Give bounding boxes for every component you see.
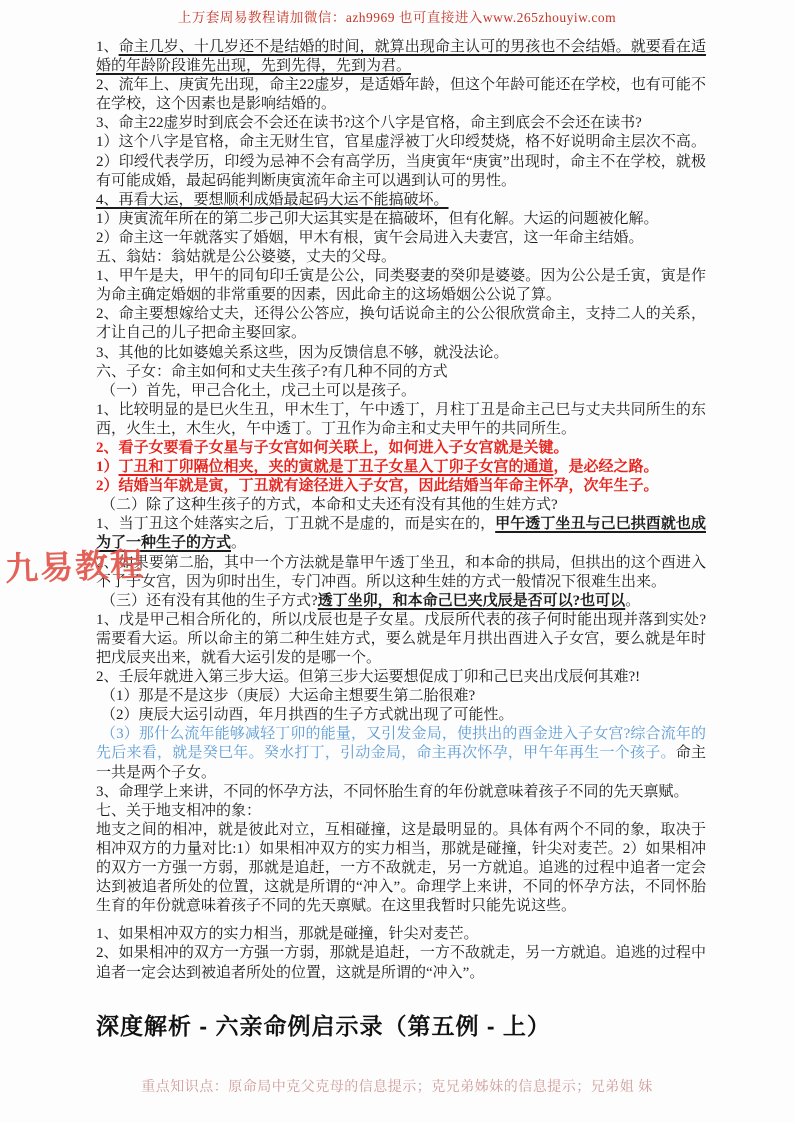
text-segment: ，是必经之路。	[554, 459, 659, 475]
paragraph: （2）庚辰大运引动酉，年月拱酉的生子方式就出现了可能性。	[96, 706, 706, 725]
paragraph: 4、再看大运，要想顺利成婚最起码大运不能搞破坏。	[96, 191, 706, 210]
paragraph: 1、当丁丑这个娃落实之后，丁丑就不是虚的，而是实在的，甲午透丁坐丑与己巳拱酉就也…	[96, 515, 706, 553]
paragraph: 1）丁丑和丁卯隔位相夹，夹的寅就是丁丑子女星入丁卯子女宫的通道，是必经之路。	[96, 458, 706, 477]
text-segment: 1、戊是甲己相合所化的，所以戊辰也是子女星。戊辰所代表的孩子何时能出现并落到实处…	[96, 612, 706, 666]
page-header-contact-line: 上万套周易教程请加微信：azh9969 也可直接进入www.265zhouyiw…	[0, 6, 794, 26]
paragraph: 地支之间的相冲，就是彼此对立，互相碰撞，这是最明显的。具体有两个不同的象，取决于…	[96, 821, 706, 916]
text-segment: （2）庚辰大运引动酉，年月拱酉的生子方式就出现了可能性。	[101, 707, 514, 723]
paragraph: 1、命主几岁、十几岁还不是结婚的时间，就算出现命主认可的男孩也不会结婚。就要看在…	[96, 38, 706, 76]
paragraph: 1、甲午是夫，甲午的同旬印壬寅是公公，同类娶妻的癸卯是婆婆。因为公公是壬寅，寅是…	[96, 267, 706, 305]
text-segment: 2、命主要想嫁给丈夫，还得公公答应，换句话说命主的公公很欣赏命主，支持二人的关系…	[96, 306, 706, 341]
text-segment: 1、当丁丑这个娃落实之后，丁丑就不是虚的，而是实在的，	[96, 516, 495, 532]
text-segment: （一）首先，甲己合化土，戊己土可以是孩子。	[101, 383, 416, 399]
text-segment: 2、看子女要看子女星与子女宫如何关联上，如何进入子女宫就是关键。	[96, 440, 569, 456]
paragraph: 3、其他的比如婆媳关系这些，因为反馈信息不够，就没法论。	[96, 344, 706, 363]
text-segment: 3、命理学上来讲，不同的怀孕方法，不同怀胎生育的年份就意味着孩子不同的先天禀赋。	[96, 784, 689, 800]
paragraph: 2、如果要第二胎，其中一个方法就是靠甲午透丁坐丑，和本命的拱局，但拱出的这个酉进…	[96, 554, 706, 592]
text-segment: 1、比较明显的是巳火生丑，甲木生丁，午中透丁，月柱丁丑是命主己巳与丈夫共同所生的…	[96, 402, 706, 437]
paragraph: 2、命主要想嫁给丈夫，还得公公答应，换句话说命主的公公很欣赏命主，支持二人的关系…	[96, 305, 706, 343]
text-segment: 。	[231, 535, 246, 551]
text-segment: 命主几岁、十几岁还不是结婚的时间，就算出现命主认可的男孩也不会结婚。就要看在适婚…	[96, 39, 706, 74]
text-segment: （3）那什么流年能够减轻丁卯的能量，又引发金局，使拱出的酉金进入子女宫?综合流年…	[96, 726, 706, 761]
paragraph: 1、如果相冲双方的实力相当，那就是碰撞，针尖对麦芒。	[96, 925, 706, 944]
text-segment: 2、如果要第二胎，其中一个方法就是靠甲午透丁坐丑，和本命的拱局，但拱出的这个酉进…	[96, 555, 706, 590]
text-segment: 。	[625, 593, 640, 609]
text-segment: 丁丑和丁卯隔位相夹，夹的寅就是丁丑子女星入丁卯子女宫的通道	[119, 459, 554, 475]
text-segment: 1、如果相冲双方的实力相当，那就是碰撞，针尖对麦芒。	[96, 926, 479, 942]
text-segment: 2）命主这一年就落实了婚姻，甲木有根，寅午会局进入夫妻宫，这一年命主结婚。	[96, 230, 644, 246]
text-segment: （三）还有没有其他的生子方式?	[101, 593, 318, 609]
paragraph: 五、翁姑：翁姑就是公公婆婆，丈夫的父母。	[96, 248, 706, 267]
text-segment: 2、壬辰年就进入第三步大运。但第三步大运要想促成丁卯和己巳夹出戊辰何其难?!	[96, 669, 640, 685]
paragraph: 1）庚寅流年所在的第二步己卯大运其实是在搞破坏，但有化解。大运的问题被化解。	[96, 210, 706, 229]
watermark-text: 九易教程	[4, 539, 146, 591]
text-segment: 1）庚寅流年所在的第二步己卯大运其实是在搞破坏，但有化解。大运的问题被化解。	[96, 211, 659, 227]
text-segment: 七、关于地支相冲的象：	[96, 803, 261, 819]
paragraph: （3）那什么流年能够减轻丁卯的能量，又引发金局，使拱出的酉金进入子女宫?综合流年…	[96, 725, 706, 782]
text-segment: 2、如果相冲的双方一方强一方弱，那就是追赶，一方不敌就走，另一方就追。追逃的过程…	[96, 945, 706, 980]
paragraph: 七、关于地支相冲的象：	[96, 802, 706, 821]
paragraph: （一）首先，甲己合化土，戊己土可以是孩子。	[96, 382, 706, 401]
paragraph: （三）还有没有其他的生子方式?透丁坐卯，和本命己巳夹戊辰是否可以?也可以。	[96, 592, 706, 611]
paragraph: 2、流年上、庚寅先出现，命主22虚岁，是适婚年龄，但这个年龄可能还在学校，也有可…	[96, 76, 706, 114]
text-segment: 4、再看大运，要想顺利成婚最起码大运不能搞破坏。	[96, 192, 449, 208]
paragraph: 3、命理学上来讲，不同的怀孕方法，不同怀胎生育的年份就意味着孩子不同的先天禀赋。	[96, 783, 706, 802]
text-segment: 1）	[96, 459, 119, 475]
text-segment: 透丁坐卯，和本命己巳夹戊辰是否可以?也可以	[318, 593, 626, 609]
paragraph: （二）除了这种生孩子的方式，本命和丈夫还有没有其他的生娃方式?	[96, 496, 706, 515]
paragraph: 3、命主22虚岁时到底会不会还在读书?这个八字是官格，命主到底会不会还在读书?	[96, 114, 706, 133]
text-segment: 六、子女：命主如何和丈夫生孩子?有几种不同的方式	[96, 364, 448, 380]
document-page: 上万套周易教程请加微信：azh9969 也可直接进入www.265zhouyiw…	[0, 0, 794, 1123]
paragraph: 2、壬辰年就进入第三步大运。但第三步大运要想促成丁卯和己巳夹出戊辰何其难?!	[96, 668, 706, 687]
page-footer-keypoints: 重点知识点：原命局中克父克母的信息提示；克兄弟姊妹的信息提示；兄弟姐 妹	[0, 1076, 794, 1096]
text-segment: 1、甲午是夫，甲午的同旬印壬寅是公公，同类娶妻的癸卯是婆婆。因为公公是壬寅，寅是…	[96, 268, 706, 303]
text-segment: 五、翁姑：翁姑就是公公婆婆，丈夫的父母。	[96, 249, 396, 265]
document-title: 深度解析 - 六亲命例启示录（第五例 - 上）	[96, 1008, 736, 1041]
text-segment: 2）结婚当年就是寅，丁丑就有途径进入子女宫，因此结婚当年命主怀孕，次年生子。	[96, 478, 659, 494]
text-segment: （1）那是不是这步（庚辰）大运命主想要生第二胎很难?	[101, 688, 475, 704]
paragraph: 1、戊是甲己相合所化的，所以戊辰也是子女星。戊辰所代表的孩子何时能出现并落到实处…	[96, 611, 706, 668]
text-segment: 3、其他的比如婆媳关系这些，因为反馈信息不够，就没法论。	[96, 345, 509, 361]
paragraph: 1）这个八字是官格，命主无财生官，官星虚浮被丁火印绶焚烧，格不好说明命主层次不高…	[96, 133, 706, 190]
paragraph: 2、如果相冲的双方一方强一方弱，那就是追赶，一方不敌就走，另一方就追。追逃的过程…	[96, 944, 706, 982]
text-segment: 3、命主22虚岁时到底会不会还在读书?这个八字是官格，命主到底会不会还在读书?	[96, 115, 642, 131]
text-segment: 地支之间的相冲，就是彼此对立，互相碰撞，这是最明显的。具体有两个不同的象，取决于…	[96, 822, 706, 914]
paragraph: 六、子女：命主如何和丈夫生孩子?有几种不同的方式	[96, 363, 706, 382]
paragraph: 2、看子女要看子女星与子女宫如何关联上，如何进入子女宫就是关键。	[96, 439, 706, 458]
paragraph: 2）命主这一年就落实了婚姻，甲木有根，寅午会局进入夫妻宫，这一年命主结婚。	[96, 229, 706, 248]
paragraph: 2）结婚当年就是寅，丁丑就有途径进入子女宫，因此结婚当年命主怀孕，次年生子。	[96, 477, 706, 496]
paragraph: 1、比较明显的是巳火生丑，甲木生丁，午中透丁，月柱丁丑是命主己巳与丈夫共同所生的…	[96, 401, 706, 439]
paragraph: （1）那是不是这步（庚辰）大运命主想要生第二胎很难?	[96, 687, 706, 706]
text-segment: 1、	[96, 39, 119, 55]
text-segment: 1）这个八字是官格，命主无财生官，官星虚浮被丁火印绶焚烧，格不好说明命主层次不高…	[96, 134, 706, 188]
text-segment: 2、流年上、庚寅先出现，命主22虚岁，是适婚年龄，但这个年龄可能还在学校，也有可…	[96, 77, 706, 112]
text-segment: （二）除了这种生孩子的方式，本命和丈夫还有没有其他的生娃方式?	[101, 497, 558, 513]
document-body: 1、命主几岁、十几岁还不是结婚的时间，就算出现命主认可的男孩也不会结婚。就要看在…	[96, 38, 706, 983]
